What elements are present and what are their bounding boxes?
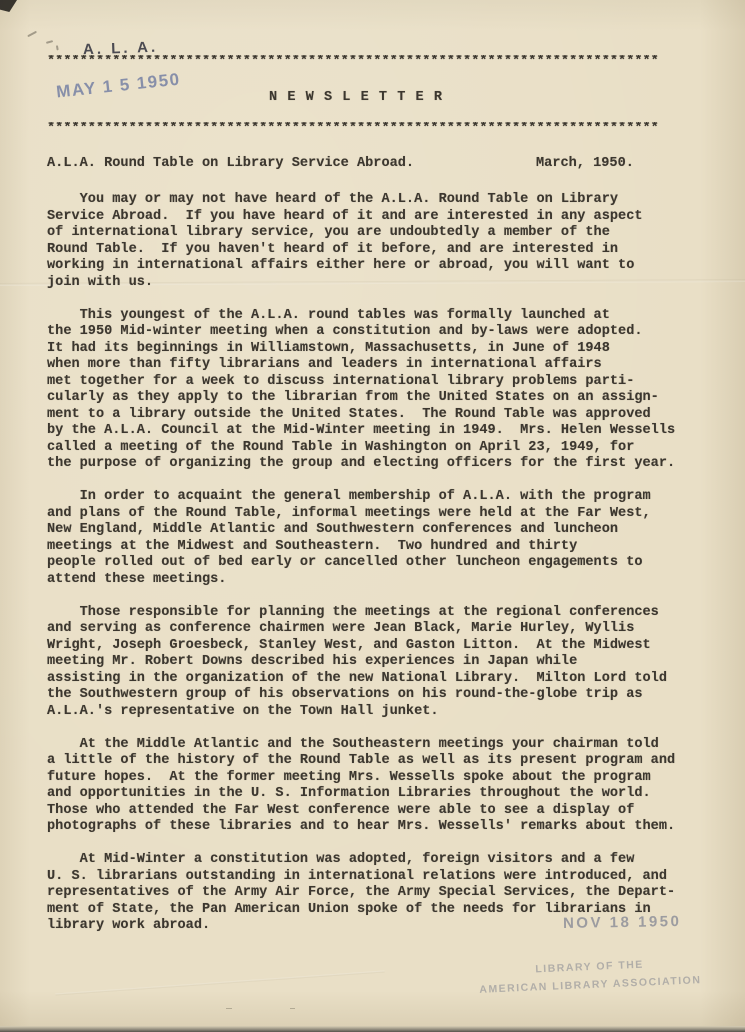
pencil-mark xyxy=(46,40,53,43)
paper-speck xyxy=(290,1008,295,1009)
paragraph-2: This youngest of the A.L.A. round tables… xyxy=(47,308,737,473)
masthead-date: March, 1950. xyxy=(536,156,634,171)
library-ownership-stamp: LIBRARY OF THE AMERICAN LIBRARY ASSOCIAT… xyxy=(439,951,740,1000)
paper-speck xyxy=(226,1008,232,1009)
paragraph-1: You may or may not have heard of the A.L… xyxy=(47,192,737,291)
paper-crease xyxy=(55,970,384,995)
masthead-title: A.L.A. Round Table on Library Service Ab… xyxy=(47,156,414,171)
pencil-mark xyxy=(27,31,37,37)
page-bottom-edge xyxy=(0,1026,745,1032)
asterisk-divider-top: ****************************************… xyxy=(47,55,665,69)
newsletter-title: N E W S L E T T E R xyxy=(47,90,665,105)
scanned-newsletter-page: ****************************************… xyxy=(0,0,745,1032)
body-text: You may or may not have heard of the A.L… xyxy=(47,192,737,951)
pencil-mark xyxy=(56,45,58,50)
nov-date-stamp: NOV 18 1950 xyxy=(563,913,682,932)
paragraph-3: In order to acquaint the general members… xyxy=(47,489,737,588)
corner-ink-mark xyxy=(0,0,17,12)
paragraph-4: Those responsible for planning the meeti… xyxy=(47,605,737,721)
paragraph-5: At the Middle Atlantic and the Southeast… xyxy=(47,737,737,836)
ala-heading-stamp: A. L. A. xyxy=(83,39,159,59)
asterisk-divider-bottom: ****************************************… xyxy=(47,122,665,136)
